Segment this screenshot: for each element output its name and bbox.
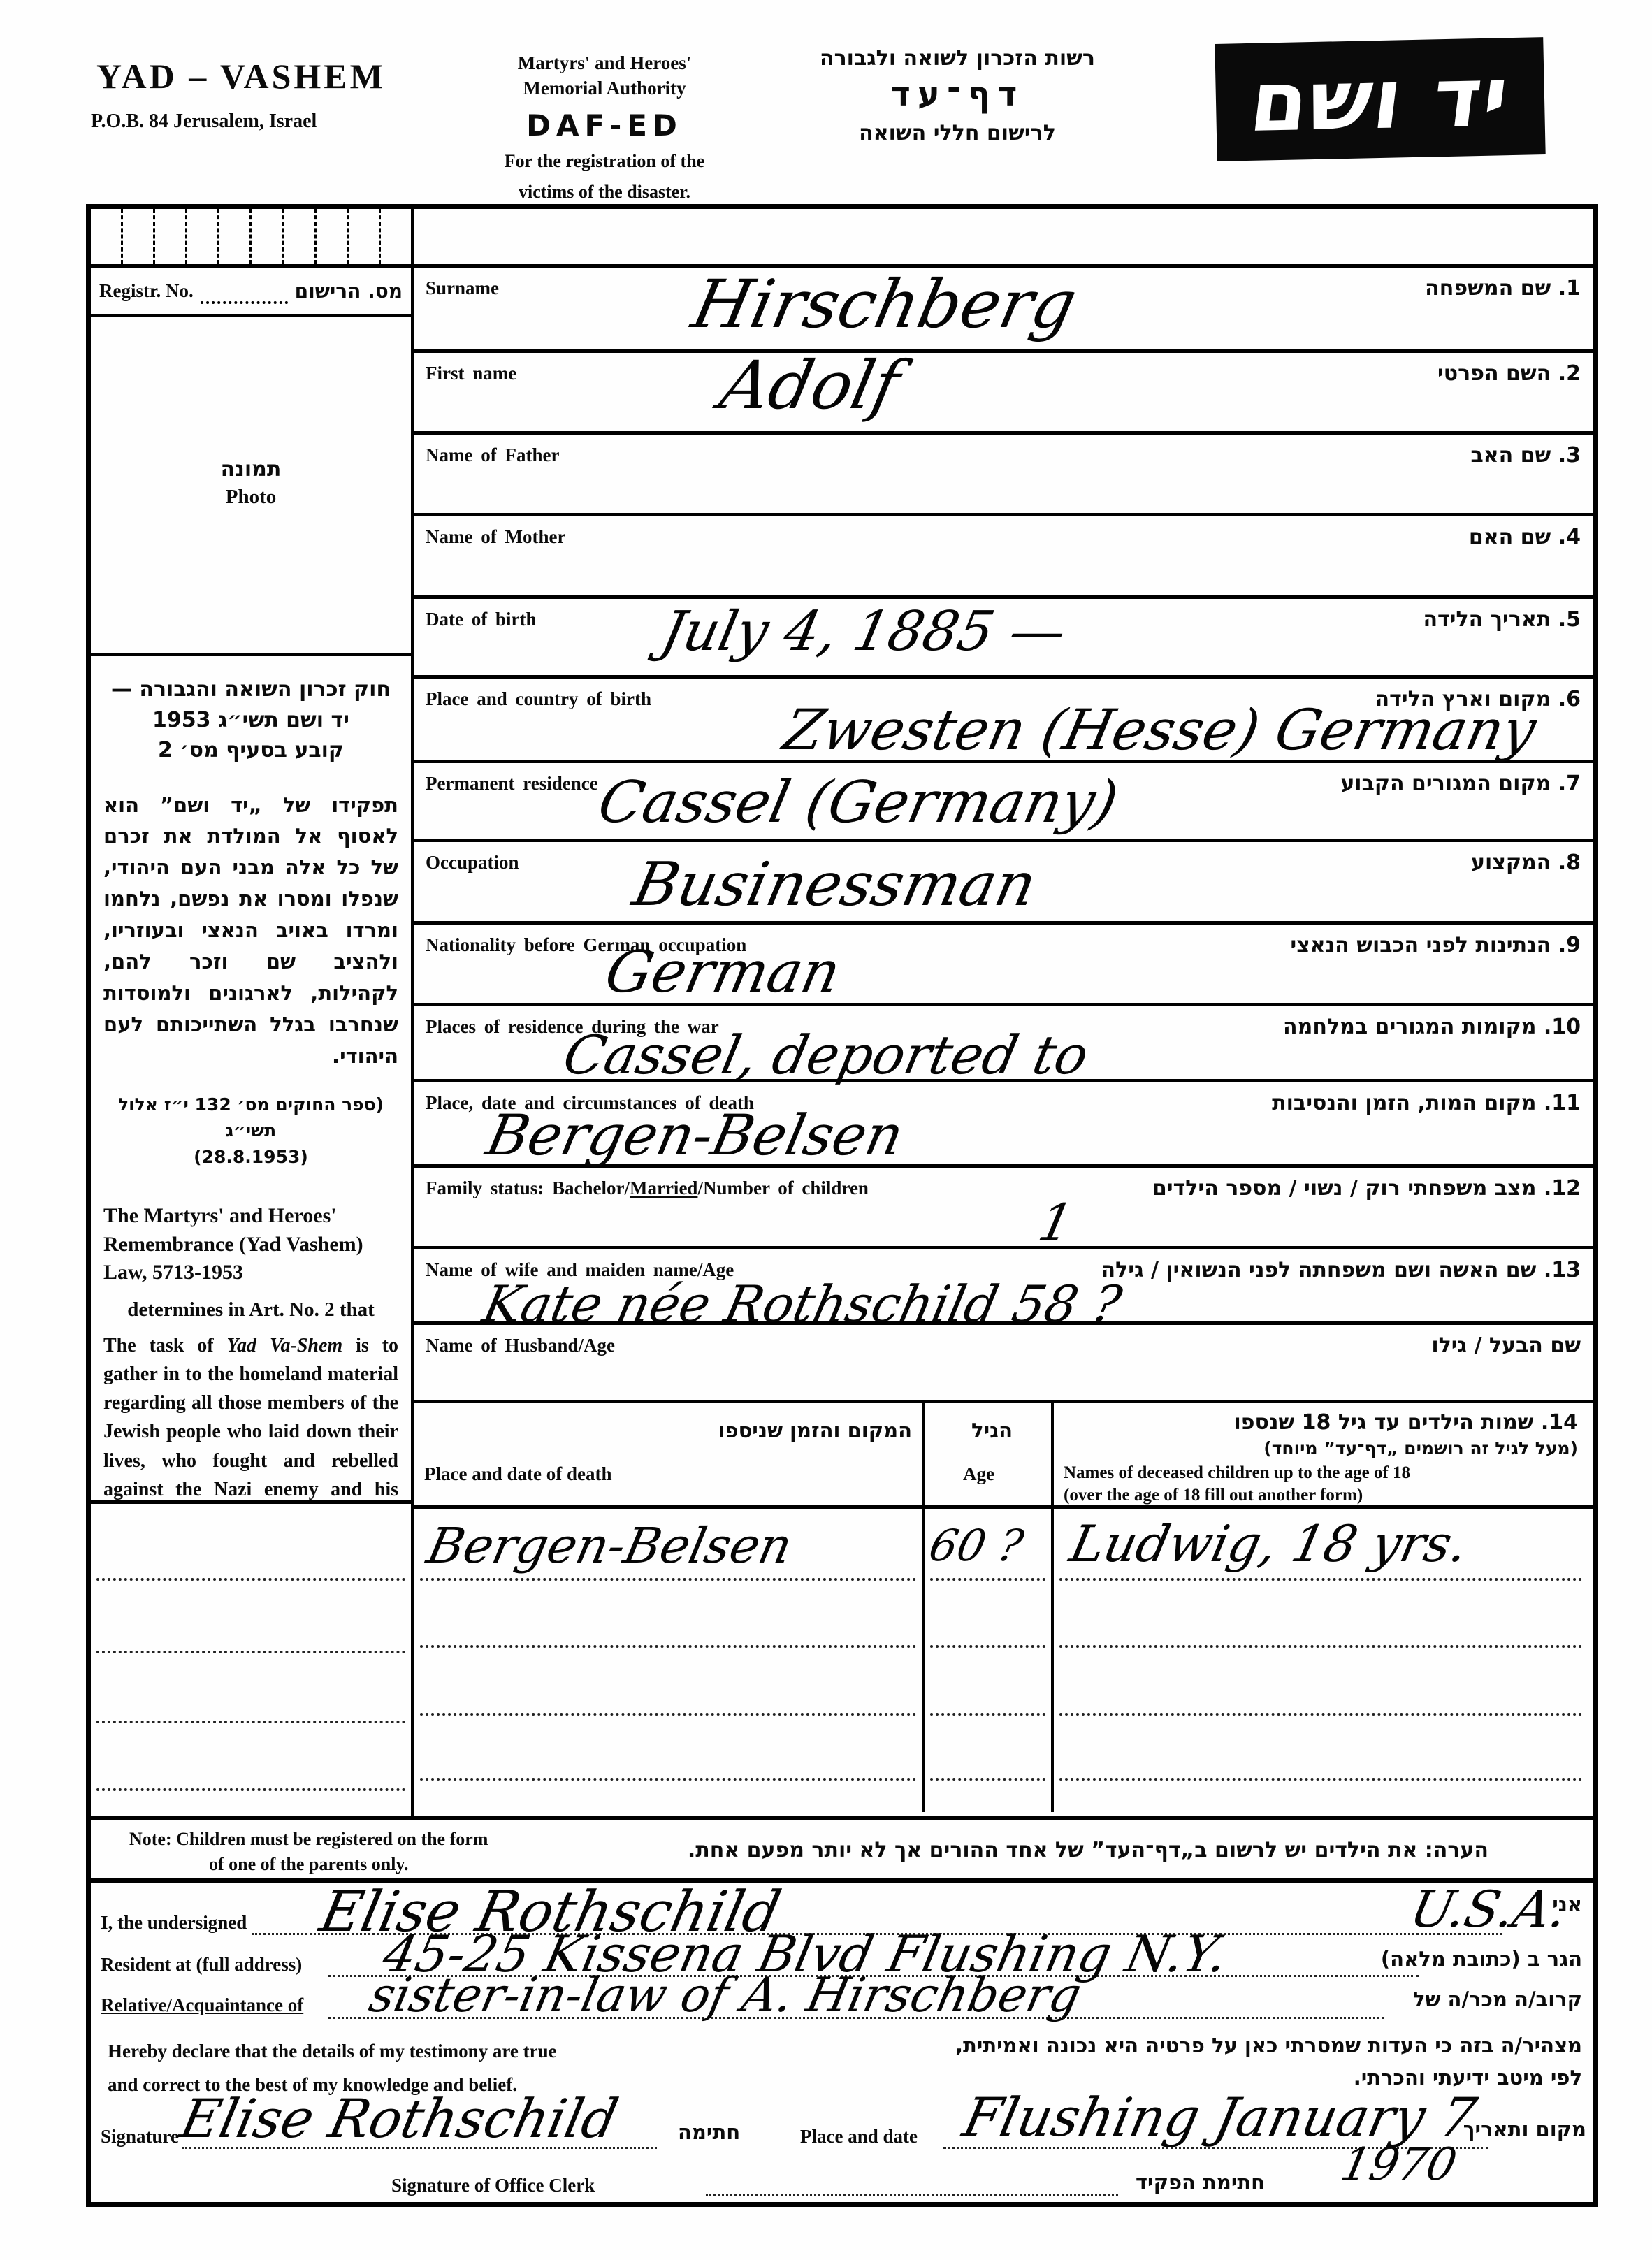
note-text-en: Note: Children must be registered on the… [129, 1827, 488, 1878]
signature-label-en: Signature [101, 2126, 179, 2147]
form-purpose-line2: victims of the disaster. [440, 180, 769, 204]
law-body-he: תפקידו של „יד ושם” הוא לאסוף אל המולדת א… [103, 790, 398, 1072]
authority-block: Martyrs' and Heroes' Memorial Authority … [440, 50, 769, 203]
declaration-section: I, the undersigned אני Elise Rothschild … [91, 1883, 1593, 2202]
death-label-he: 11. מקום המות, הזמן והנסיבות [1272, 1091, 1581, 1115]
birthdate-value-handwritten: July 4, 1885 — [657, 604, 1071, 659]
relative-label-he: קרוב/ה מכר/ה של [1413, 1987, 1582, 2011]
photo-label-he: תמונה [91, 457, 411, 481]
fields-column: Surname 1. שם המשפחה Hirschberg First na… [414, 209, 1593, 1816]
children-count-handwritten: 1 [1034, 1197, 1077, 1247]
place-death-header-en: Place and date of death [424, 1463, 611, 1485]
photo-label-en: Photo [91, 486, 411, 509]
occupation-label-he: 8. המקצוע [1471, 850, 1581, 875]
daf-ed-testimony-form-scan: YAD – VASHEM P.O.B. 84 Jerusalem, Israel… [0, 0, 1652, 2260]
clerk-signature-label-en: Signature of Office Clerk [391, 2175, 595, 2196]
place-date-label-he: מקום ותאריך [1463, 2117, 1586, 2141]
year-handwritten: 1970 [1337, 2143, 1460, 2187]
married-option-underlined: Married [630, 1178, 697, 1198]
husband-label-he: שם הבעל / גילו [1431, 1333, 1581, 1358]
occupation-label-en: Occupation [426, 852, 519, 874]
residence-label-he: 7. מקום המגורים הקבוע [1340, 772, 1581, 796]
place-death-header-he: המקום והזמן שניספו [718, 1419, 912, 1442]
field-row-wife: Name of wife and maiden name/Age 13. שם … [414, 1246, 1593, 1321]
mother-label-en: Name of Mother [426, 526, 565, 548]
husband-label-en: Name of Husband/Age [426, 1335, 615, 1356]
authority-line2: Memorial Authority [440, 75, 769, 101]
children-header-he2: (מעל לגיל זה רושמים „דף־עד” מיוחד) [1263, 1438, 1578, 1458]
relationship-handwritten: sister-in-law of A. Hirschberg [365, 1972, 1085, 2020]
age-cell: 60 ? [925, 1509, 1054, 1812]
relative-label-en: Relative/Acquaintance of [101, 1994, 303, 2016]
place-date-handwritten: Flushing January 7 [959, 2091, 1481, 2144]
children-header-en1: Names of deceased children up to the age… [1064, 1463, 1410, 1483]
field-row-surname: Surname 1. שם המשפחה Hirschberg [414, 268, 1593, 349]
father-label-he: 3. שם האב [1470, 443, 1581, 468]
law-title-en: The Martyrs' and Heroes' Remembrance (Ya… [103, 1202, 398, 1287]
registr-no-label-he: מס. הרישום [295, 280, 403, 303]
clerk-signature-label-he: חתימת הפקיד [1136, 2171, 1265, 2194]
field-row-war-residence: Places of residence during the war 10. מ… [414, 1003, 1593, 1079]
form-frame: Registr. No. מס. הרישום תמונה Photo חוק … [86, 204, 1598, 2207]
hebrew-authority: רשות הזכרון לשואה ולגבורה [790, 46, 1125, 71]
yad-vashem-logo: יד ושם [1215, 37, 1545, 161]
birthdate-label-he: 5. תאריך הלידה [1423, 607, 1581, 632]
field-row-residence: Permanent residence 7. מקום המגורים הקבו… [414, 760, 1593, 839]
field-row-mother: Name of Mother 4. שם האם [414, 513, 1593, 595]
child-name-handwritten: Ludwig, 18 yrs. [1066, 1519, 1472, 1569]
field-row-birthdate: Date of birth 5. תאריך הלידה July 4, 188… [414, 595, 1593, 675]
family-status-label-en: Family status: Bachelor/Married/Number o… [426, 1178, 869, 1199]
war-residence-value-handwritten: Cassel, deported to [559, 1029, 1093, 1082]
nationality-label-he: 9. הנתינות לפני הכבוש הנאצי [1290, 933, 1581, 957]
note-row: Note: Children must be registered on the… [91, 1816, 1593, 1883]
children-table-header: המקום והזמן שניספו Place and date of dea… [414, 1400, 1593, 1509]
form-top-section: Registr. No. מס. הרישום תמונה Photo חוק … [91, 209, 1593, 1816]
age-header-en: Age [963, 1463, 994, 1485]
field-row-occupation: Occupation 8. המקצוע Businessman [414, 839, 1593, 921]
surname-label-he: 1. שם המשפחה [1425, 276, 1581, 300]
signature-handwritten: Elise Rothschild [176, 2092, 623, 2145]
law-text-block: חוק זכרון השואה והגבורה — יד ושם תשי״ג 1… [91, 656, 411, 1504]
field-row-family-status: Family status: Bachelor/Married/Number o… [414, 1164, 1593, 1246]
children-header-he1: 14. שמות הילדים עד גיל 18 שנספו [1233, 1410, 1578, 1435]
mother-label-he: 4. שם האם [1469, 525, 1581, 549]
note-text-he: הערה: את הילדים יש לרשום ב„דף־העד” של אח… [688, 1838, 1488, 1862]
firstname-label-he: 2. השם הפרטי [1437, 361, 1581, 386]
death-value-handwritten: Bergen-Belsen [481, 1108, 908, 1164]
firstname-label-en: First name [426, 363, 516, 384]
wife-label-he: 13. שם האשה ושם משפחתה לפני הנשואין / גי… [1101, 1258, 1581, 1282]
field-row-birthplace: Place and country of birth 6. מקום וארץ … [414, 675, 1593, 760]
col-age: הגיל Age [925, 1403, 1054, 1505]
top-spacer [414, 209, 1593, 268]
field-row-death: Place, date and circumstances of death 1… [414, 1079, 1593, 1164]
resident-label-he: הגר ב (כתובת מלאה) [1381, 1947, 1582, 1971]
children-table-body: Bergen-Belsen 60 ? Ludwig, 1 [414, 1509, 1593, 1812]
sidebar: Registr. No. מס. הרישום תמונה Photo חוק … [91, 209, 414, 1816]
declare-line1-en: Hereby declare that the details of my te… [108, 2041, 557, 2062]
family-status-label-he: 12. מצב משפחתי רוק / נשוי / מספר הילדים [1152, 1176, 1581, 1201]
logo-text: יד ושם [1245, 48, 1515, 150]
sidebar-empty-rows [91, 1504, 411, 1816]
birthplace-label-en: Place and country of birth [426, 688, 651, 710]
field-row-father: Name of Father 3. שם האב [414, 431, 1593, 513]
signature-label-he: חתימה [678, 2120, 740, 2144]
law-body-en: The task of Yad Va-Shem is to gather in … [103, 1331, 398, 1504]
firstname-value-handwritten: Adolf [715, 353, 905, 419]
law-title-he-1: חוק זכרון השואה והגבורה — [103, 674, 398, 705]
residence-value-handwritten: Cassel (Germany) [593, 774, 1122, 832]
birthdate-label-en: Date of birth [426, 609, 536, 630]
birthplace-value-handwritten: Zwesten (Hesse) Germany [778, 702, 1540, 758]
declare-line1-he: מצהיר/ה בזה כי העדות שמסרתי כאן על פרטיה… [955, 2034, 1582, 2057]
hebrew-form-name: דף־עד [790, 75, 1125, 114]
surname-label-en: Surname [426, 277, 499, 299]
col-children-names: 14. שמות הילדים עד גיל 18 שנספו (מעל לגי… [1054, 1403, 1588, 1505]
field-row-firstname: First name 2. השם הפרטי Adolf [414, 349, 1593, 431]
child-place-death-handwritten: Bergen-Belsen [423, 1521, 797, 1570]
place-death-cell: Bergen-Belsen [414, 1509, 925, 1812]
form-purpose-line1: For the registration of the [440, 150, 769, 173]
child-age-handwritten: 60 ? [925, 1524, 1027, 1567]
field-row-nationality: Nationality before German occupation 9. … [414, 921, 1593, 1003]
registration-number-row: Registr. No. מס. הרישום [91, 268, 411, 317]
surname-value-handwritten: Hirschberg [687, 272, 1082, 338]
nationality-value-handwritten: German [600, 944, 845, 1001]
children-header-en2: (over the age of 18 fill out another for… [1064, 1486, 1363, 1505]
registration-number-grid [91, 209, 411, 268]
authority-line1: Martyrs' and Heroes' [440, 50, 769, 75]
witness-country-handwritten: U.S.A. [1406, 1884, 1572, 1934]
children-names-cell: Ludwig, 18 yrs. [1054, 1509, 1588, 1812]
hebrew-header-block: רשות הזכרון לשואה ולגבורה דף־עד לרישום ח… [790, 46, 1125, 145]
registr-no-label-en: Registr. No. [99, 280, 194, 302]
resident-label-en: Resident at (full address) [101, 1954, 302, 1976]
law-reference-he: (ספר החוקים מס׳ 132 י״ז אלול תשי״ג (28.8… [103, 1092, 398, 1171]
place-date-label-en: Place and date [800, 2126, 918, 2147]
law-title-he-2: יד ושם תשי״ג 1953 [103, 705, 398, 736]
law-title-he-3: קובע בסעיף מס׳ 2 [103, 735, 398, 766]
col-place-of-death: המקום והזמן שניספו Place and date of dea… [414, 1403, 925, 1505]
org-title: YAD – VASHEM [96, 56, 386, 96]
law-subtitle-en: determines in Art. No. 2 that [103, 1298, 398, 1321]
form-name-dafed: DAF-ED [440, 108, 769, 143]
father-label-en: Name of Father [426, 444, 559, 466]
photo-box: תמונה Photo [91, 317, 411, 656]
residence-label-en: Permanent residence [426, 773, 598, 795]
registr-no-blank [201, 277, 288, 304]
wife-value-handwritten: Kate née Rothschild 58 ? [479, 1279, 1126, 1329]
org-address: P.O.B. 84 Jerusalem, Israel [91, 110, 317, 133]
occupation-value-handwritten: Businessman [628, 855, 1041, 915]
war-residence-label-he: 10. מקומות המגורים במלחמה [1283, 1015, 1581, 1039]
undersigned-label-en: I, the undersigned [101, 1912, 247, 1934]
hebrew-purpose: לרישום חללי השואה [790, 121, 1125, 145]
age-header-he: הגיל [971, 1419, 1013, 1442]
